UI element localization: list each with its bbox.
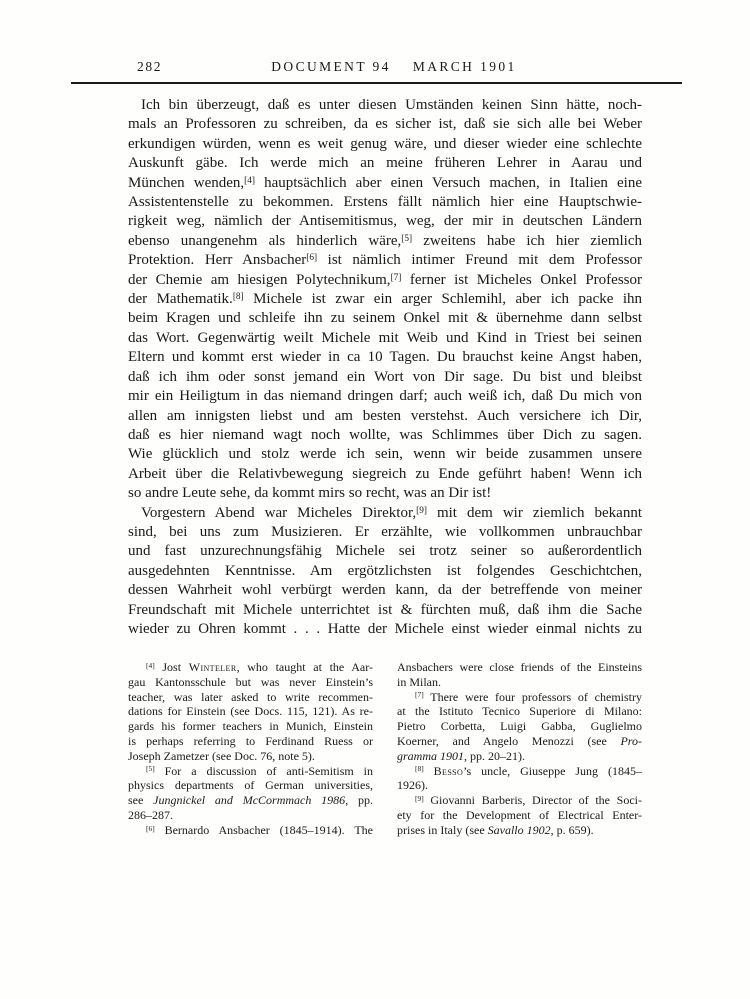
text-line: [6] Bernardo Ansbacher (1845–1914). The [128, 823, 373, 838]
text-line: is perhaps referring to Ferdinand Ruess … [128, 734, 373, 749]
text-line: [8] Besso’s uncle, Giuseppe Jung (1845– [397, 764, 642, 779]
text-line: daß es hier niemand wagt noch wollte, wa… [128, 426, 642, 445]
text-line: see Jungnickel and McCormmach 1986, pp. [128, 793, 373, 808]
text-line: so andre Leute sehe, da kommt mirs so re… [128, 484, 642, 503]
footnotes-left-column: [4] Jost Winteler, who taught at the Aar… [128, 660, 373, 838]
text-line: at the Istituto Tecnico Superiore di Mil… [397, 704, 642, 719]
text-line: Auskunft gäbe. Ich werde mich an meine f… [128, 154, 642, 173]
text-line: München wenden,[4] hauptsächlich aber ei… [128, 174, 642, 193]
text-line: [4] Jost Winteler, who taught at the Aar… [128, 660, 373, 675]
text-line: rigkeit weg, nämlich der Antisemitismus,… [128, 212, 642, 231]
text-line: Vorgestern Abend war Micheles Direktor,[… [128, 504, 642, 523]
text-line: dessen Wahrheit wohl verbürgt werden kan… [128, 581, 642, 600]
text-line: Ansbachers were close friends of the Ein… [397, 660, 642, 675]
text-line: der Mathematik.[8] Michele ist zwar ein … [128, 290, 642, 309]
text-line: Freundschaft mit Michele unterrichtet is… [128, 601, 642, 620]
text-line: sind, bei uns zum Musizieren. Er erzählt… [128, 523, 642, 542]
text-line: Pietro Corbetta, Luigi Gabba, Guglielmo [397, 719, 642, 734]
text-line: 1926). [397, 778, 642, 793]
text-line: Koerner, and Angelo Menozzi (see Pro- [397, 734, 642, 749]
text-line: Assistentenstelle zu bekommen. Erstens f… [128, 193, 642, 212]
text-line: gards his former teachers in Munich, Ein… [128, 719, 373, 734]
text-line: Ich bin überzeugt, daß es unter diesen U… [128, 96, 642, 115]
text-line: gau Kantonsschule but was never Einstein… [128, 675, 373, 690]
text-line: [5] For a discussion of anti-Semitism in [128, 764, 373, 779]
text-line: teacher, was later asked to write recomm… [128, 690, 373, 705]
text-line: prises in Italy (see Savallo 1902, p. 65… [397, 823, 642, 838]
text-line: ety for the Development of Electrical En… [397, 808, 642, 823]
letter-body: Ich bin überzeugt, daß es unter diesen U… [128, 96, 642, 639]
text-line: ebenso unangenehm als hinderlich wäre,[5… [128, 232, 642, 251]
text-line: physics departments of German universiti… [128, 778, 373, 793]
text-line: [9] Giovanni Barberis, Director of the S… [397, 793, 642, 808]
running-head-document: DOCUMENT 94 [271, 59, 391, 74]
text-line: Joseph Zametzer (see Doc. 76, note 5). [128, 749, 373, 764]
text-line: allen am innigsten liebst und am besten … [128, 407, 642, 426]
footnotes-section: [4] Jost Winteler, who taught at the Aar… [128, 660, 642, 838]
text-line: [7] There were four professors of chemis… [397, 690, 642, 705]
text-line: Arbeit über die Relativbewegung siegreic… [128, 465, 642, 484]
header-rule [71, 82, 682, 84]
running-head-date: MARCH 1901 [413, 59, 517, 74]
text-line: mir ein Heiligtum in das niemand dringen… [128, 387, 642, 406]
text-line: das Wort. Gegenwärtig weilt Michele mit … [128, 329, 642, 348]
text-line: mals an Professoren zu schreiben, da es … [128, 115, 642, 134]
running-head: DOCUMENT 94MARCH 1901 [137, 59, 651, 75]
text-line: in Milan. [397, 675, 642, 690]
text-line: gramma 1901, pp. 20–21). [397, 749, 642, 764]
footnotes-right-column: Ansbachers were close friends of the Ein… [397, 660, 642, 838]
text-line: Eltern und kommt erst wieder in ca 10 Ta… [128, 348, 642, 367]
text-line: ausgedehnten Kenntnisse. Am ergötzlichst… [128, 562, 642, 581]
text-line: 286–287. [128, 808, 373, 823]
text-line: daß ich ihm oder sonst jemand ein Wort v… [128, 368, 642, 387]
text-line: erkundigen würden, wenn es weit genug wä… [128, 135, 642, 154]
text-line: Protektion. Herr Ansbacher[6] ist nämlic… [128, 251, 642, 270]
text-line: wieder zu Ohren kommt . . . Hatte der Mi… [128, 620, 642, 639]
text-line: dations for Einstein (see Docs. 115, 121… [128, 704, 373, 719]
text-line: beim Kragen und schleife ihn zu seinem O… [128, 309, 642, 328]
text-line: und fast unzurechnungsfähig Michele sei … [128, 542, 642, 561]
text-line: Wie glücklich und stolz werde ich sein, … [128, 445, 642, 464]
text-line: der Chemie am hiesigen Polytechnikum,[7]… [128, 271, 642, 290]
book-page: 282 DOCUMENT 94MARCH 1901 Ich bin überze… [0, 0, 750, 999]
